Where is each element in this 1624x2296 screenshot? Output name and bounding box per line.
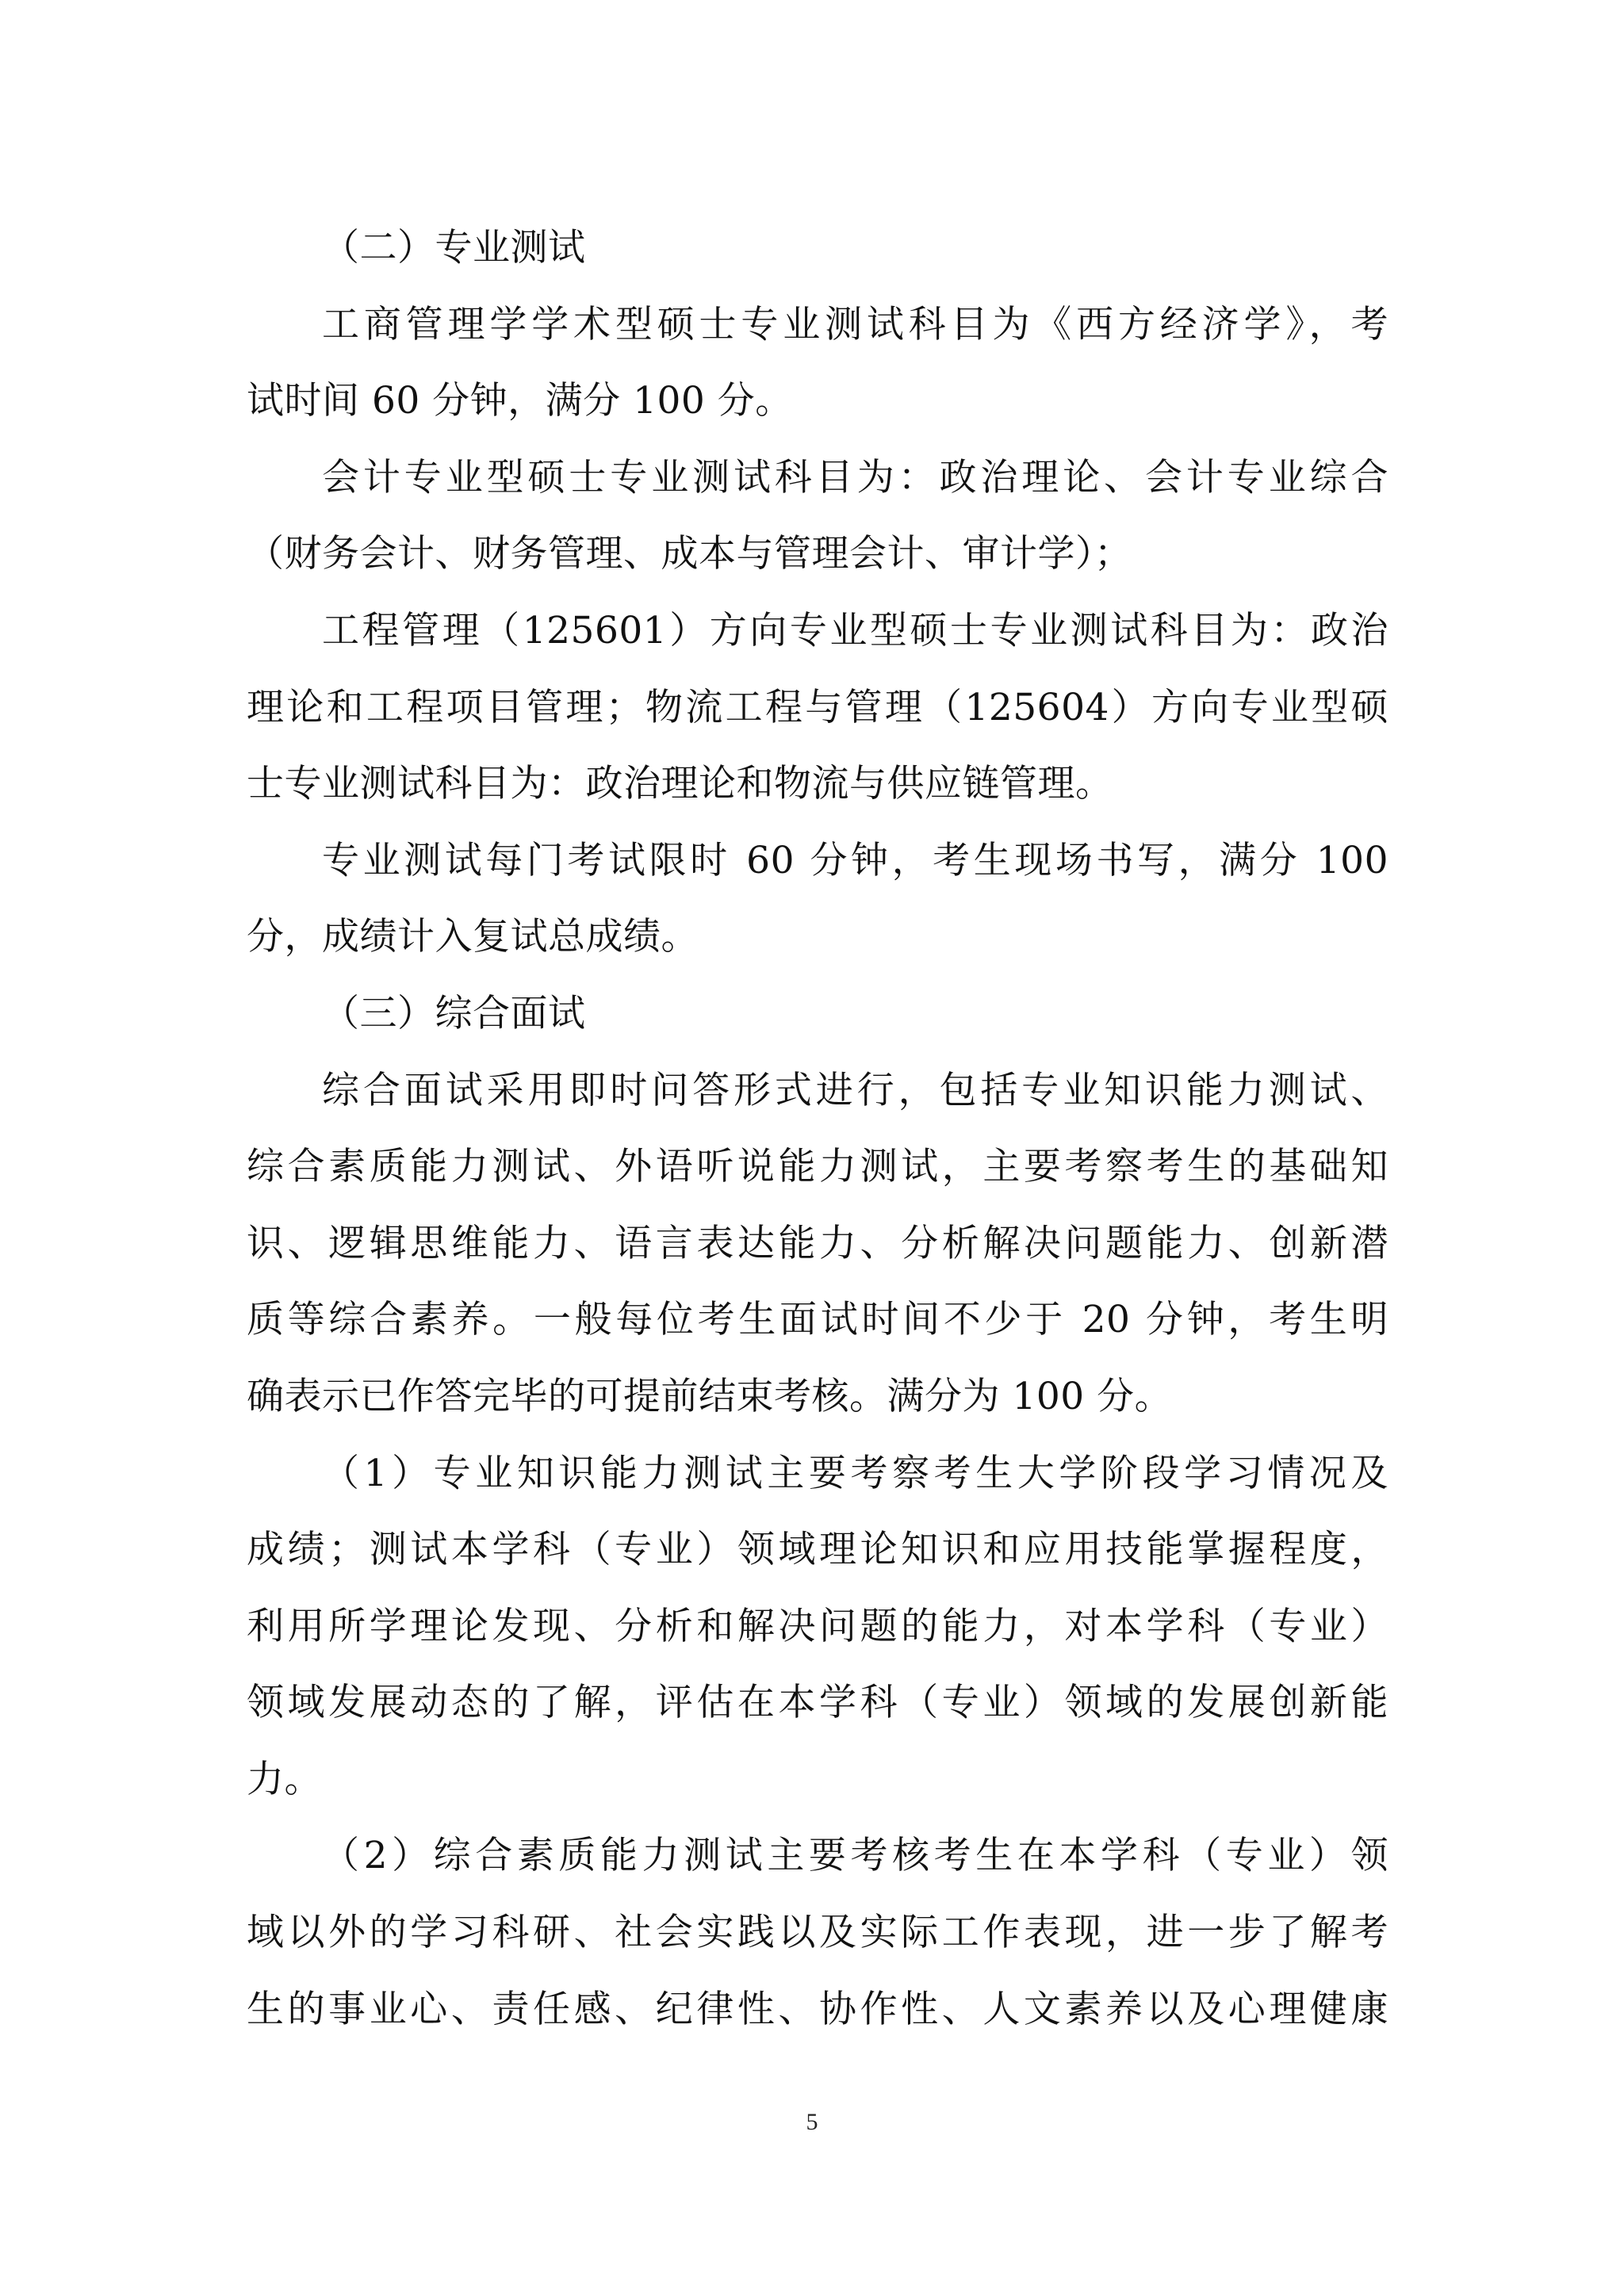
paragraph-line: 力。: [247, 1742, 1388, 1819]
paragraph-line: 质等综合素养。一般每位考生面试时间不少于 20 分钟，考生明: [247, 1282, 1388, 1359]
page-body: （二）专业测试 工商管理学学术型硕士专业测试科目为《西方经济学》，考 试时间 6…: [247, 210, 1388, 2048]
paragraph-line: 确表示已作答完毕的可提前结束考核。满分为 100 分。: [247, 1359, 1388, 1436]
document-page: （二）专业测试 工商管理学学术型硕士专业测试科目为《西方经济学》，考 试时间 6…: [0, 0, 1624, 2296]
paragraph-line: 工程管理（125601）方向专业型硕士专业测试科目为：政治: [247, 593, 1388, 670]
paragraph-line: 识、逻辑思维能力、语言表达能力、分析解决问题能力、创新潜: [247, 1206, 1388, 1283]
paragraph-line: 成绩；测试本学科（专业）领域理论知识和应用技能掌握程度，: [247, 1512, 1388, 1589]
paragraph-line: 理论和工程项目管理；物流工程与管理（125604）方向专业型硕: [247, 670, 1388, 747]
paragraph-line: 士专业测试科目为：政治理论和物流与供应链管理。: [247, 746, 1388, 823]
section-heading-comprehensive-interview: （三）综合面试: [247, 976, 1388, 1053]
list-item-professional-knowledge: （1）专业知识能力测试主要考察考生大学阶段学习情况及: [247, 1436, 1388, 1513]
paragraph-line: 工商管理学学术型硕士专业测试科目为《西方经济学》，考: [247, 287, 1388, 364]
paragraph-line: （财务会计、财务管理、成本与管理会计、审计学）；: [247, 516, 1388, 593]
section-heading-professional-test: （二）专业测试: [247, 210, 1388, 287]
list-item-comprehensive-quality: （2）综合素质能力测试主要考核考生在本学科（专业）领: [247, 1818, 1388, 1895]
paragraph-line: 综合面试采用即时问答形式进行，包括专业知识能力测试、: [247, 1053, 1388, 1130]
paragraph-line: 领域发展动态的了解，评估在本学科（专业）领域的发展创新能: [247, 1665, 1388, 1742]
paragraph-line: 生的事业心、责任感、纪律性、协作性、人文素养以及心理健康: [247, 1972, 1388, 2049]
paragraph-line: 综合素质能力测试、外语听说能力测试，主要考察考生的基础知: [247, 1129, 1388, 1206]
paragraph-line: 试时间 60 分钟，满分 100 分。: [247, 363, 1388, 440]
paragraph-line: 利用所学理论发现、分析和解决问题的能力，对本学科（专业）: [247, 1589, 1388, 1666]
paragraph-line: 分，成绩计入复试总成绩。: [247, 899, 1388, 976]
page-number: 5: [0, 2109, 1624, 2136]
paragraph-line: 会计专业型硕士专业测试科目为：政治理论、会计专业综合: [247, 440, 1388, 517]
paragraph-line: 域以外的学习科研、社会实践以及实际工作表现，进一步了解考: [247, 1895, 1388, 1972]
paragraph-line: 专业测试每门考试限时 60 分钟，考生现场书写，满分 100: [247, 823, 1388, 900]
